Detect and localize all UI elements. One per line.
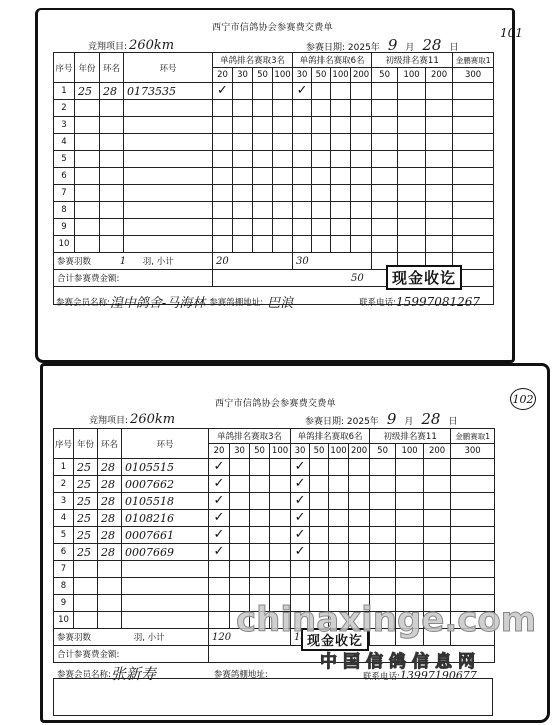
- check-g3-200: [426, 100, 453, 117]
- subtotal-label: 羽, 小计: [143, 257, 174, 267]
- check-g3-100: [396, 527, 424, 544]
- check-g1-50: [253, 100, 273, 117]
- row-ring-name: [98, 561, 122, 578]
- fee-col: 30: [233, 68, 253, 83]
- row-year: [75, 236, 100, 253]
- phone-value: 15997081267: [396, 295, 480, 309]
- check-g3-100: [398, 134, 426, 151]
- row-year: 25: [74, 493, 98, 510]
- check-g2-200: [351, 83, 372, 100]
- row-seq: 8: [54, 202, 75, 219]
- check-g2-30: ✓: [291, 544, 310, 561]
- row-seq: 5: [54, 527, 74, 544]
- check-g1-20: [209, 595, 230, 612]
- row-year: [74, 612, 98, 629]
- fee-col: 100: [396, 444, 424, 459]
- row-ring-name: 28: [98, 493, 122, 510]
- check-g1-50: [253, 168, 273, 185]
- check-g4-300: [453, 202, 494, 219]
- check-g1-30: [230, 544, 250, 561]
- row-year: 25: [74, 476, 98, 493]
- check-g3-50: [370, 510, 396, 527]
- check-g4-300: [453, 236, 494, 253]
- row-ring-name: 28: [98, 527, 122, 544]
- check-g1-100: [273, 185, 293, 202]
- row-seq: 6: [54, 168, 75, 185]
- check-g1-50: [250, 578, 270, 595]
- row-year: 25: [74, 459, 98, 476]
- check-g2-100: [331, 236, 351, 253]
- table-row: 125280105515✓✓: [54, 459, 495, 476]
- check-g1-30: [233, 100, 253, 117]
- loft-value: 巴浪: [267, 292, 293, 311]
- check-g1-100: [273, 100, 293, 117]
- row-seq: 4: [54, 134, 75, 151]
- check-g1-100: [273, 117, 293, 134]
- check-g3-50: [370, 527, 396, 544]
- table-row: 125280173535✓✓: [54, 83, 494, 100]
- header-group-golden: 金鹏赛取1: [453, 53, 494, 68]
- check-g1-20: ✓: [209, 493, 230, 510]
- check-g4-300: [453, 185, 494, 202]
- check-g1-50: [253, 83, 273, 100]
- row-ring-no: 0105515: [122, 459, 209, 476]
- check-g1-100: [273, 202, 293, 219]
- notes-box: [53, 678, 493, 716]
- check-g2-30: [293, 236, 312, 253]
- check-g3-200: [426, 117, 453, 134]
- check-g1-50: [250, 476, 270, 493]
- header-ring-name: 环名: [100, 53, 124, 83]
- form-title: 西宁市信鸽协会参赛费交费单: [212, 20, 333, 33]
- check-g1-100: [270, 510, 291, 527]
- check-g2-30: [293, 134, 312, 151]
- check-g2-50: [310, 578, 329, 595]
- fee-col: 20: [209, 444, 230, 459]
- check-g2-50: [312, 83, 331, 100]
- check-g3-50: [372, 219, 398, 236]
- check-g2-200: [349, 544, 370, 561]
- row-ring-name: [98, 612, 122, 629]
- check-g1-30: [230, 578, 250, 595]
- check-g1-30: [233, 202, 253, 219]
- check-g2-200: [351, 185, 372, 202]
- check-g3-50: [370, 578, 396, 595]
- check-g1-100: [270, 544, 291, 561]
- check-g3-100: [398, 219, 426, 236]
- check-g4-300: [451, 527, 495, 544]
- table-row: 3: [54, 117, 494, 134]
- check-g3-100: [398, 117, 426, 134]
- check-g1-50: [250, 510, 270, 527]
- row-ring-no: 0108216: [122, 510, 209, 527]
- row-ring-no: [124, 202, 213, 219]
- check-g3-200: [424, 476, 451, 493]
- check-g3-200: [424, 527, 451, 544]
- header-group-golden: 金鹏赛取1: [451, 429, 495, 444]
- table-row: 7: [54, 185, 494, 202]
- check-g1-50: [250, 561, 270, 578]
- fee-col: 100: [270, 444, 291, 459]
- check-g2-30: [291, 578, 310, 595]
- check-g3-50: [370, 544, 396, 561]
- check-g1-50: [250, 527, 270, 544]
- header-ring-name: 环名: [98, 429, 122, 459]
- check-g2-50: [312, 236, 331, 253]
- row-year: 25: [74, 544, 98, 561]
- row-year: [75, 151, 100, 168]
- project-value: 260km: [129, 38, 174, 53]
- check-g3-100: [398, 100, 426, 117]
- table-row: 525280007661✓✓: [54, 527, 495, 544]
- row-ring-no: [124, 117, 213, 134]
- row-ring-name: 28: [98, 476, 122, 493]
- member-info: 参赛会员名称: 湟中鸽舍-马海林 参赛鸽棚地址: 巴浪 联系电话: 159970…: [56, 292, 480, 311]
- check-g3-200: [424, 493, 451, 510]
- check-g1-30: [230, 459, 250, 476]
- check-g1-30: [233, 134, 253, 151]
- table-row: 9: [54, 219, 494, 236]
- row-ring-no: 0007662: [122, 476, 209, 493]
- check-g2-50: [310, 527, 329, 544]
- header-group-top3: 单鸽排名赛取3名: [213, 53, 293, 68]
- check-g4-300: [451, 459, 495, 476]
- check-g2-100: [329, 578, 349, 595]
- check-g1-20: ✓: [213, 83, 233, 100]
- header-year: 年份: [75, 53, 100, 83]
- fee-col: 200: [424, 444, 451, 459]
- form-title: 西宁市信鸽协会参赛费交费单: [215, 396, 336, 409]
- check-g3-100: [398, 168, 426, 185]
- check-g4-300: [453, 219, 494, 236]
- row-seq: 9: [54, 219, 75, 236]
- fee-col: 100: [329, 444, 349, 459]
- check-g4-300: [451, 476, 495, 493]
- header-ring-no: 环号: [124, 53, 213, 83]
- check-g2-100: [331, 83, 351, 100]
- check-g1-20: [213, 117, 233, 134]
- check-g1-30: [233, 185, 253, 202]
- header-group-top6: 单鸽排名赛取6名: [291, 429, 370, 444]
- table-row: 6: [54, 168, 494, 185]
- fee-col: 30: [293, 68, 312, 83]
- row-ring-name: [100, 202, 124, 219]
- check-g2-200: [349, 476, 370, 493]
- check-g3-100: [396, 578, 424, 595]
- check-g1-20: [213, 202, 233, 219]
- check-g3-50: [370, 561, 396, 578]
- fee-col: 50: [370, 444, 396, 459]
- check-g3-100: [398, 185, 426, 202]
- check-g2-200: [351, 168, 372, 185]
- check-g3-200: [424, 459, 451, 476]
- fee-col: 300: [451, 444, 495, 459]
- row-ring-no: [122, 561, 209, 578]
- row-seq: 10: [54, 612, 74, 629]
- row-year: [75, 185, 100, 202]
- check-g1-30: [233, 151, 253, 168]
- race-project: 竞翔项目:260km: [88, 38, 174, 53]
- row-year: [75, 134, 100, 151]
- check-g4-300: [453, 100, 494, 117]
- table-row: 325280105518✓✓: [54, 493, 495, 510]
- row-ring-name: [100, 100, 124, 117]
- check-g3-50: [372, 151, 398, 168]
- row-seq: 2: [54, 100, 75, 117]
- row-ring-name: [100, 134, 124, 151]
- row-seq: 8: [54, 578, 74, 595]
- check-g3-200: [426, 185, 453, 202]
- check-g1-100: [270, 578, 291, 595]
- row-ring-no: [122, 578, 209, 595]
- check-g1-100: [270, 493, 291, 510]
- row-year: [74, 578, 98, 595]
- check-g1-100: [273, 151, 293, 168]
- row-ring-no: 0007661: [122, 527, 209, 544]
- check-g2-200: [349, 459, 370, 476]
- row-year: [75, 117, 100, 134]
- row-seq: 7: [54, 185, 75, 202]
- check-g3-200: [424, 544, 451, 561]
- entry-rows: 125280173535✓✓2345678910: [54, 83, 494, 253]
- date-month: 9: [387, 410, 397, 428]
- total-label: 合计参赛费金额:: [54, 270, 213, 287]
- header-year: 年份: [74, 429, 98, 459]
- row-seq: 2: [54, 476, 74, 493]
- table-row: 225280007662✓✓: [54, 476, 495, 493]
- check-g1-20: ✓: [209, 459, 230, 476]
- check-g1-100: [270, 561, 291, 578]
- check-g2-200: [351, 100, 372, 117]
- check-g1-20: ✓: [209, 476, 230, 493]
- row-year: 25: [74, 527, 98, 544]
- race-project: 竞翔项目:260km: [89, 412, 175, 427]
- fee-col: 300: [453, 68, 494, 83]
- check-g2-200: [351, 151, 372, 168]
- check-g2-30: ✓: [293, 83, 312, 100]
- row-seq: 1: [54, 459, 74, 476]
- check-g1-50: [253, 236, 273, 253]
- check-g2-30: [291, 561, 310, 578]
- check-g1-50: [250, 459, 270, 476]
- subtotal-label: 羽, 小计: [134, 633, 165, 643]
- row-year: [75, 219, 100, 236]
- check-g3-100: [396, 493, 424, 510]
- watermark-domain: chinaxinge.com: [236, 600, 536, 640]
- row-seq: 6: [54, 544, 74, 561]
- check-g2-200: [349, 493, 370, 510]
- check-g2-200: [349, 561, 370, 578]
- fee-col: 50: [312, 68, 331, 83]
- row-year: [75, 202, 100, 219]
- loft-label: 参赛鸽棚地址:: [209, 296, 263, 308]
- check-g3-200: [426, 202, 453, 219]
- check-g1-30: [230, 527, 250, 544]
- row-ring-name: 28: [98, 510, 122, 527]
- row-year: [75, 100, 100, 117]
- check-g2-50: [310, 476, 329, 493]
- check-g1-30: [233, 83, 253, 100]
- sheet-number: 102: [510, 388, 536, 410]
- check-g3-100: [396, 476, 424, 493]
- check-g2-30: [293, 185, 312, 202]
- check-g3-100: [396, 510, 424, 527]
- row-ring-no: 0173535: [124, 83, 213, 100]
- check-g3-100: [398, 151, 426, 168]
- check-g2-100: [329, 510, 349, 527]
- check-g2-30: [293, 117, 312, 134]
- check-g1-100: [273, 83, 293, 100]
- row-seq: 5: [54, 151, 75, 168]
- check-g2-50: [310, 561, 329, 578]
- check-g3-100: [396, 544, 424, 561]
- fee-col: 20: [213, 68, 233, 83]
- check-g1-30: [233, 219, 253, 236]
- check-g1-100: [273, 168, 293, 185]
- check-g3-50: [372, 100, 398, 117]
- check-g2-100: [331, 117, 351, 134]
- member-value: 湟中鸽舍-马海林: [110, 292, 205, 311]
- check-g3-200: [426, 236, 453, 253]
- check-g1-30: [230, 561, 250, 578]
- check-g1-30: [233, 168, 253, 185]
- check-g1-20: [209, 578, 230, 595]
- row-seq: 4: [54, 510, 74, 527]
- check-g2-100: [329, 527, 349, 544]
- fee-col: 50: [372, 68, 398, 83]
- row-seq: 10: [54, 236, 75, 253]
- header-seq: 序号: [54, 429, 74, 459]
- check-g2-100: [331, 151, 351, 168]
- row-year: 25: [74, 510, 98, 527]
- check-g2-30: ✓: [291, 459, 310, 476]
- fee-col: 50: [253, 68, 273, 83]
- subtotal-group2: 30: [293, 253, 372, 270]
- check-g2-100: [329, 561, 349, 578]
- check-g3-100: [398, 83, 426, 100]
- check-g3-50: [372, 83, 398, 100]
- row-seq: 1: [54, 83, 75, 100]
- fee-col: 100: [273, 68, 293, 83]
- check-g3-50: [372, 168, 398, 185]
- row-ring-no: [124, 185, 213, 202]
- check-g2-30: [293, 202, 312, 219]
- check-g1-30: [230, 510, 250, 527]
- row-ring-name: [98, 578, 122, 595]
- check-g4-300: [453, 117, 494, 134]
- check-g2-100: [329, 459, 349, 476]
- check-g2-100: [331, 185, 351, 202]
- check-g3-200: [426, 219, 453, 236]
- row-seq: 9: [54, 595, 74, 612]
- row-ring-name: 28: [98, 459, 122, 476]
- check-g3-50: [372, 185, 398, 202]
- check-g1-100: [273, 134, 293, 151]
- table-row: 8: [54, 202, 494, 219]
- table-row: 425280108216✓✓: [54, 510, 495, 527]
- row-ring-name: [100, 151, 124, 168]
- check-g3-50: [370, 493, 396, 510]
- month-label: 月: [404, 417, 413, 427]
- check-g1-50: [253, 134, 273, 151]
- check-g2-50: [312, 117, 331, 134]
- check-g3-200: [426, 151, 453, 168]
- date-day: 28: [421, 410, 440, 428]
- row-year: [74, 561, 98, 578]
- check-g4-300: [451, 544, 495, 561]
- check-g1-20: [213, 151, 233, 168]
- fee-col: 50: [250, 444, 270, 459]
- check-g2-50: [312, 151, 331, 168]
- check-g1-50: [253, 202, 273, 219]
- check-g3-100: [398, 236, 426, 253]
- check-g2-200: [349, 578, 370, 595]
- check-g1-50: [253, 151, 273, 168]
- row-ring-no: [122, 595, 209, 612]
- check-g3-50: [370, 476, 396, 493]
- check-g1-20: [209, 561, 230, 578]
- check-g1-20: ✓: [209, 510, 230, 527]
- sheet-number: 101: [500, 26, 523, 40]
- check-g4-300: [451, 510, 495, 527]
- fee-col: 200: [351, 68, 372, 83]
- watermark-site-name: 中国信鸽信息网: [320, 647, 481, 672]
- check-g1-30: [233, 236, 253, 253]
- member-label: 参赛会员名称:: [56, 296, 110, 308]
- check-g2-30: ✓: [291, 493, 310, 510]
- fee-col: 200: [349, 444, 370, 459]
- check-g1-100: [273, 236, 293, 253]
- check-g4-300: [453, 83, 494, 100]
- entries-label: 参赛羽数: [57, 257, 91, 267]
- project-label: 竞翔项目:: [88, 42, 127, 52]
- check-g2-50: [310, 459, 329, 476]
- check-g1-20: [209, 612, 230, 629]
- check-g4-300: [453, 168, 494, 185]
- check-g3-200: [424, 561, 451, 578]
- row-ring-no: [124, 236, 213, 253]
- row-ring-no: [124, 219, 213, 236]
- row-ring-no: [122, 612, 209, 629]
- check-g2-50: [312, 134, 331, 151]
- fee-col: 100: [398, 68, 426, 83]
- check-g2-100: [329, 493, 349, 510]
- check-g1-50: [253, 219, 273, 236]
- check-g4-300: [453, 134, 494, 151]
- fee-col: 30: [291, 444, 310, 459]
- row-ring-name: [100, 117, 124, 134]
- check-g2-30: ✓: [291, 527, 310, 544]
- row-year: 25: [75, 83, 100, 100]
- check-g2-50: [310, 510, 329, 527]
- check-g2-200: [351, 236, 372, 253]
- phone-label: 联系电话:: [359, 296, 396, 308]
- row-ring-no: 0007669: [122, 544, 209, 561]
- subtotal-group1: 20: [213, 253, 293, 270]
- check-g3-200: [426, 83, 453, 100]
- date-label: 参赛日期: 2025年: [305, 417, 379, 427]
- check-g1-20: [213, 100, 233, 117]
- check-g2-30: [293, 168, 312, 185]
- check-g3-200: [426, 134, 453, 151]
- check-g2-100: [329, 544, 349, 561]
- table-row: 2: [54, 100, 494, 117]
- check-g1-100: [273, 219, 293, 236]
- check-g3-50: [372, 202, 398, 219]
- check-g4-300: [451, 493, 495, 510]
- entries-count-cell: 参赛羽数 1 羽, 小计: [54, 253, 213, 270]
- table-row: 4: [54, 134, 494, 151]
